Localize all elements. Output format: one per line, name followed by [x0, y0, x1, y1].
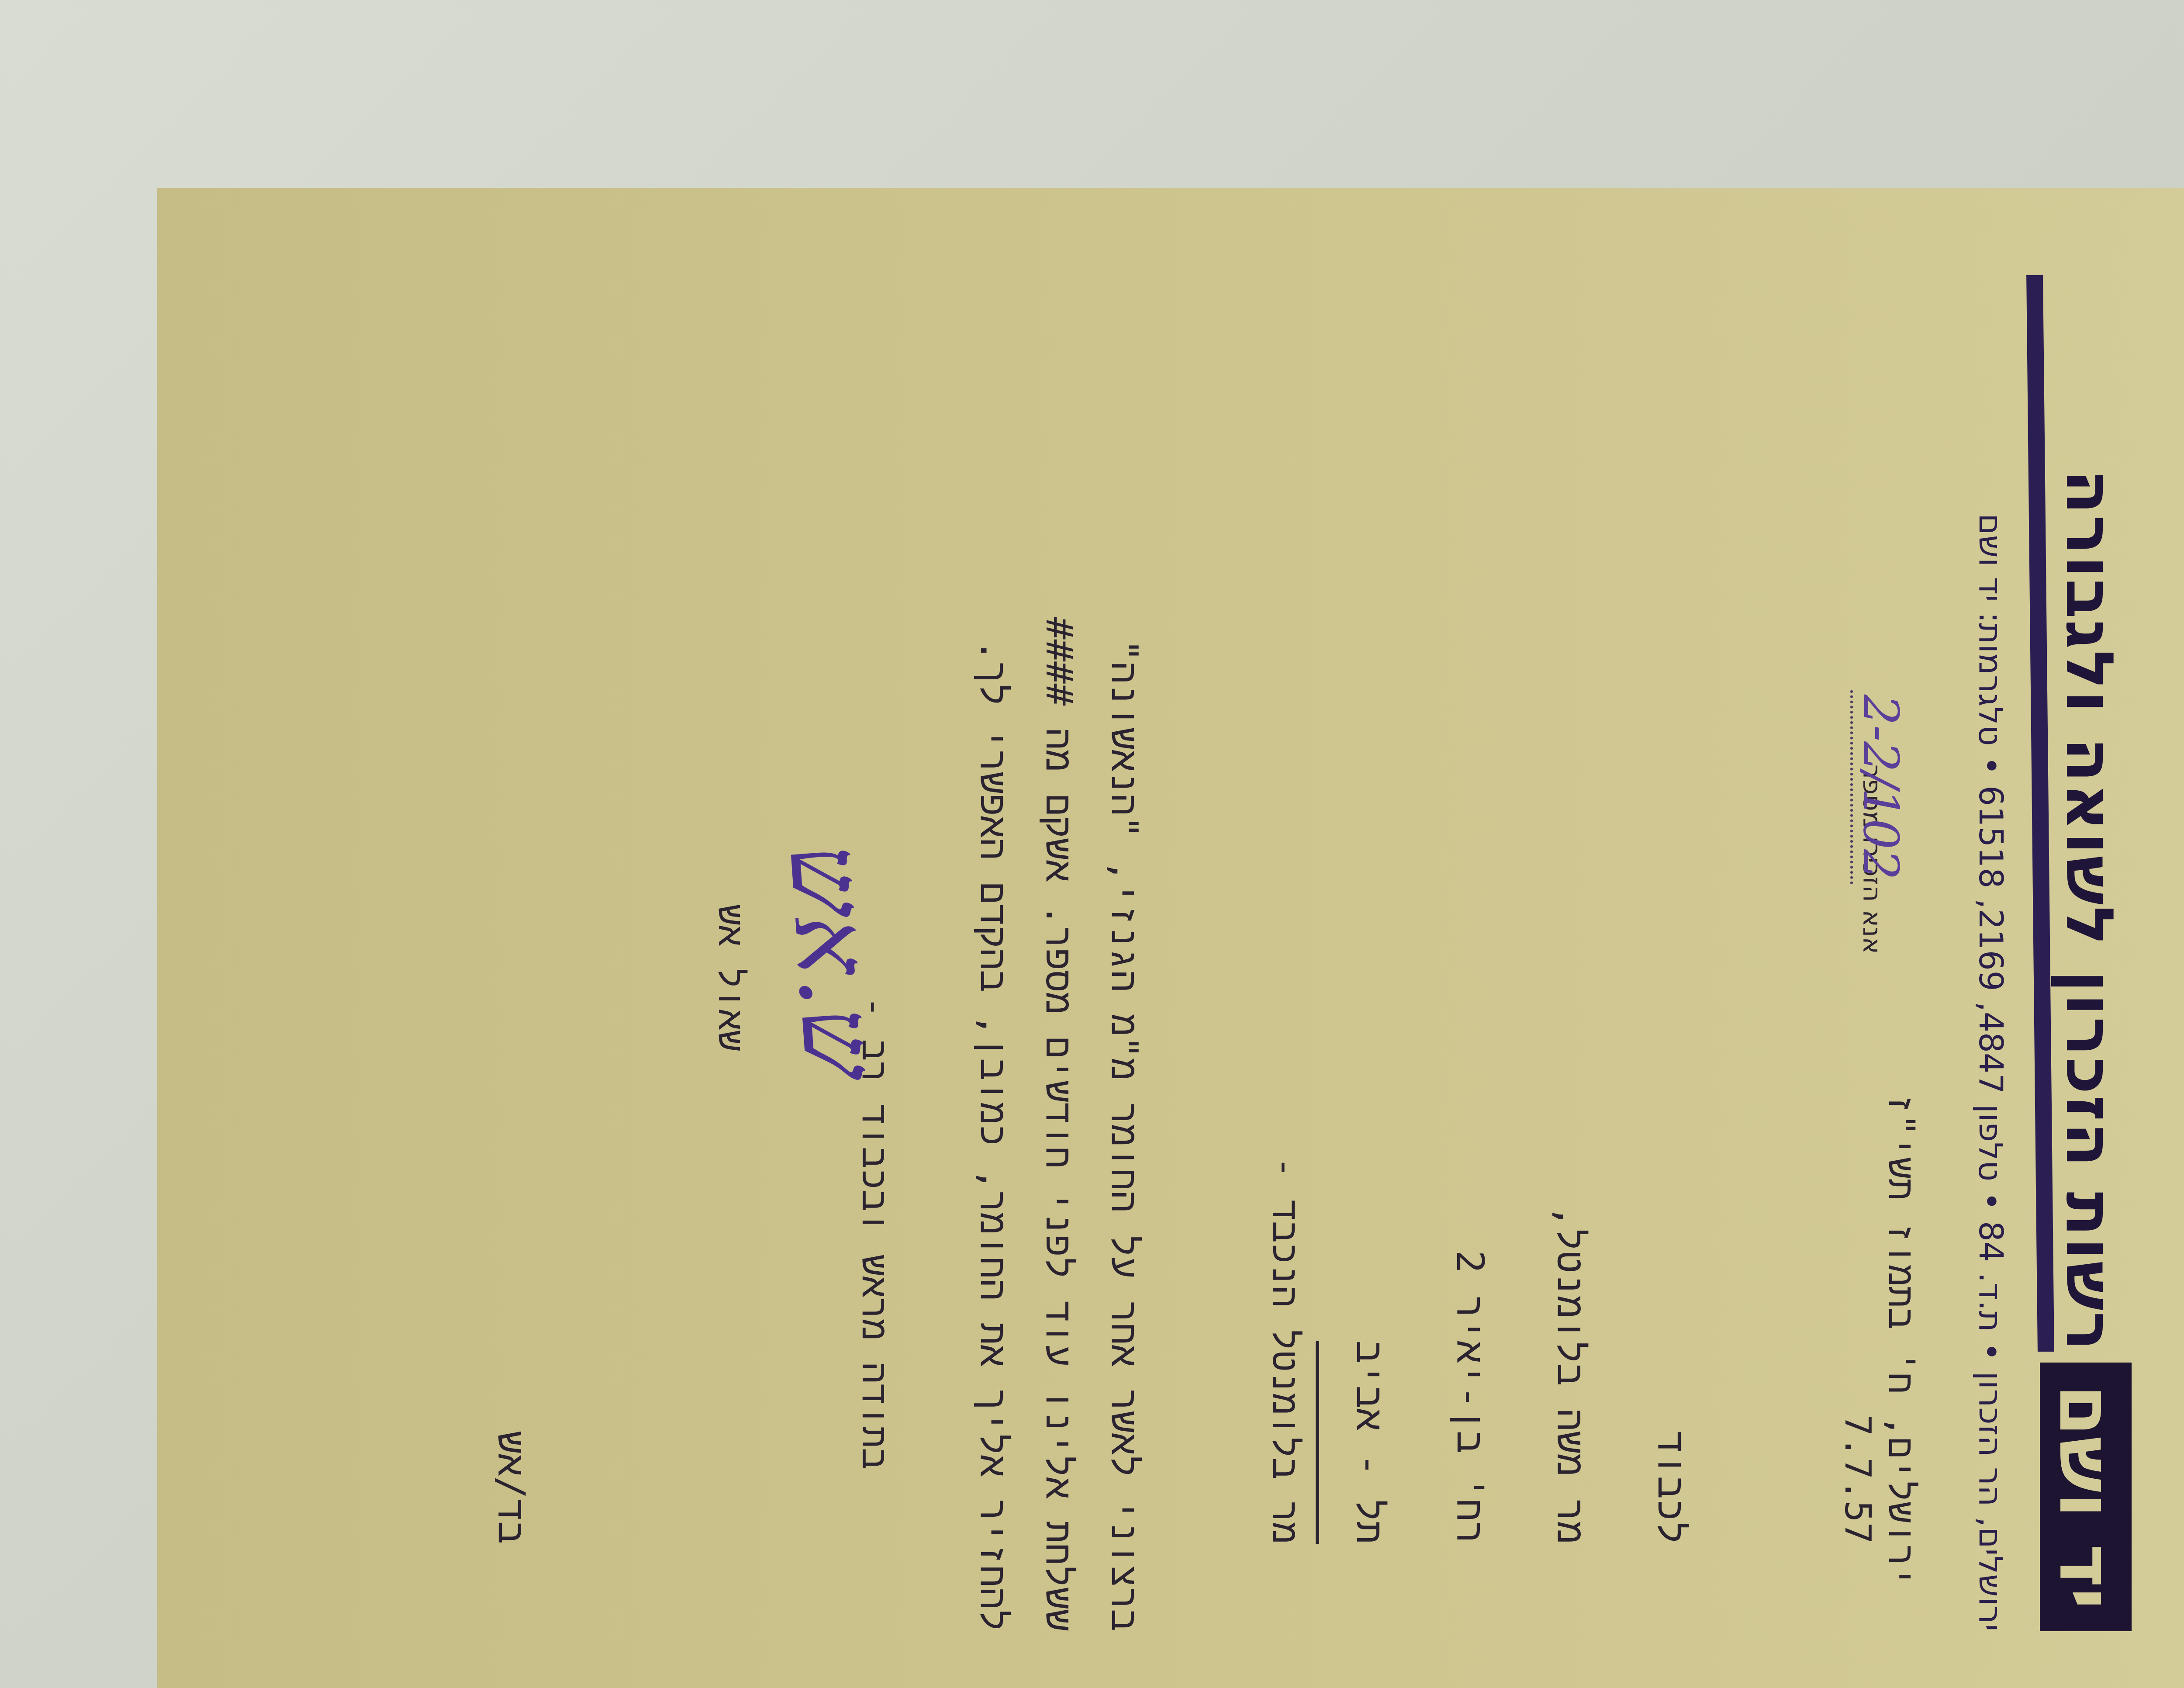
body-line: ברצוני לאשר אחר על החומר מ"מ הגנזי, "הנא… — [1092, 617, 1158, 1631]
body-line: ששלחת אלינו עוד לפני חודשים מספר. אשקם מ… — [1026, 617, 1092, 1631]
addressee-line: מר משה בלומנטל, — [1520, 1205, 1621, 1544]
letter-body: ברצוני לאשר אחר על החומר מ"מ הגנזי, "הנא… — [961, 617, 1158, 1631]
gregorian-date: 7.7.57 — [1837, 1415, 1878, 1544]
hebrew-date: ירושלים, ח' בתמוז תשי"ז — [1878, 1093, 1922, 1588]
letter-sheet: יד ושם רשות הזכרון לשואה ולגבורה ירושלים… — [157, 188, 2184, 1688]
addressee-line: רח' בן-יאיר 2 — [1420, 1205, 1520, 1544]
addressee-line: תל - אביב — [1316, 1341, 1420, 1544]
body-line: להחזיר אליך את החומר, כמובן, בהקדם האפשר… — [961, 617, 1026, 1631]
salutation: מר בלומנטל הנכבד - — [1262, 1157, 1306, 1544]
addressee-line: לכבוד — [1621, 1205, 1721, 1544]
signer-name: שאול אש — [708, 904, 751, 1051]
yad-vashem-logo: יד ושם — [2040, 1363, 2132, 1631]
organization-address: ירושלים, הר הזכרון • ת.ד. 84 • טלפון 484… — [1972, 513, 2009, 1631]
addressee-block: לכבוד מר משה בלומנטל, רח' בן-יאיר 2 תל -… — [1316, 1205, 1721, 1544]
letterhead: יד ושם רשות הזכרון לשואה ולגבורה ירושלים… — [1974, 275, 2132, 1631]
photo-frame: יד ושם רשות הזכרון לשואה ולגבורה ירושלים… — [157, 188, 2184, 1688]
organization-title: רשות הזכרון לשואה ולגבורה — [2051, 469, 2127, 1352]
letterhead-rule — [2026, 275, 2054, 1352]
reference-number-handwritten: 2-2/102 — [1850, 690, 1909, 884]
handwritten-signature: ש.אש — [767, 839, 899, 1081]
typist-initials: בד/אש — [487, 1431, 533, 1544]
